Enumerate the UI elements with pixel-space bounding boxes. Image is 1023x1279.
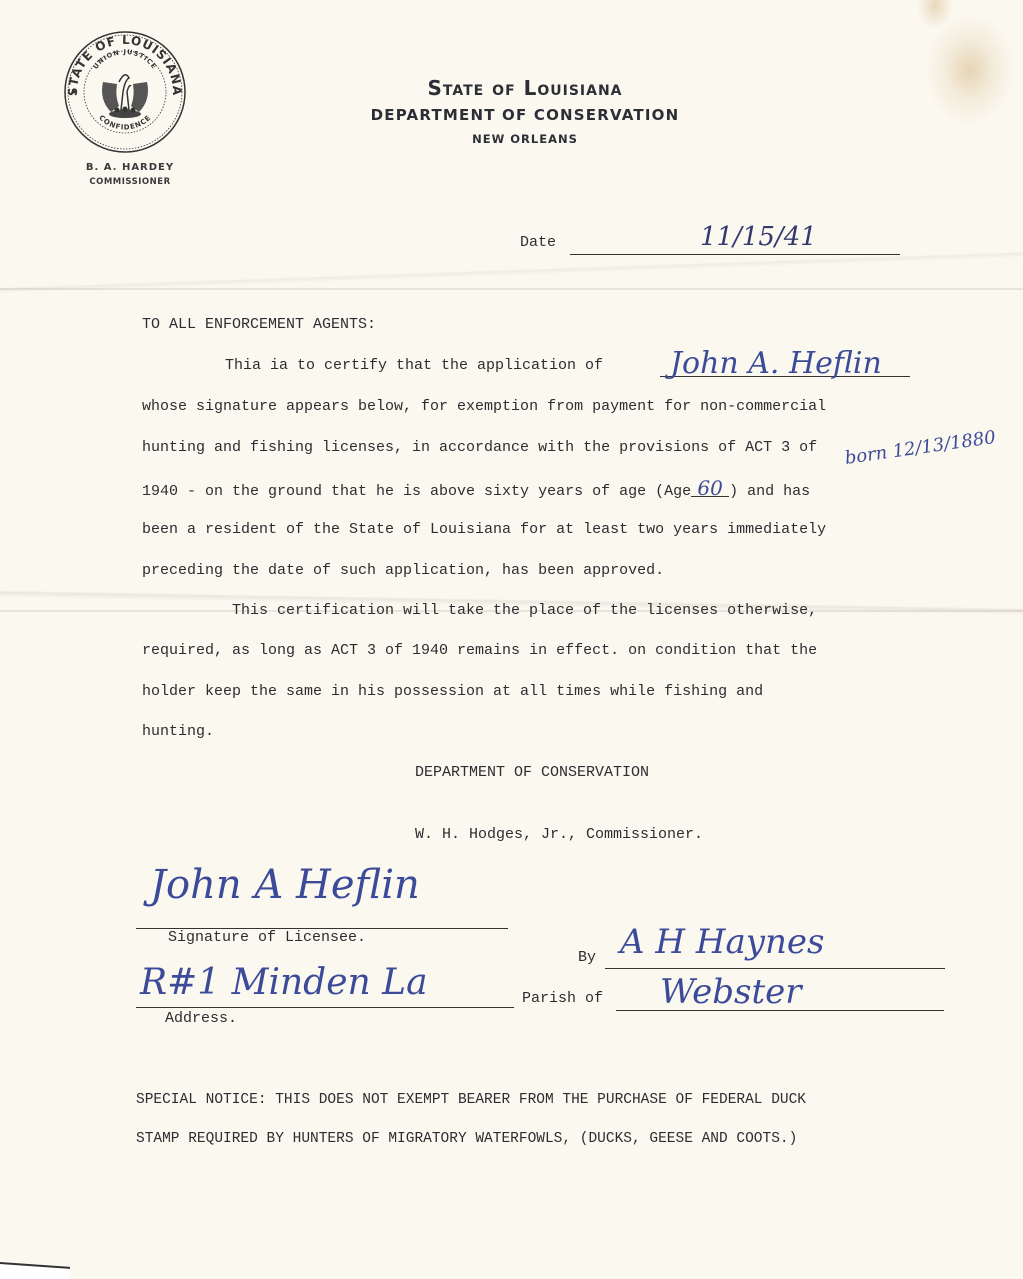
body-line-4-prefix: 1940 - on the ground that he is above si… — [142, 483, 691, 500]
body-line-2: whose signature appears below, for exemp… — [142, 398, 826, 415]
date-value[interactable]: 11/15/41 — [700, 222, 817, 252]
body-line-5: been a resident of the State of Louisian… — [142, 521, 826, 538]
para2-line-3: holder keep the same in his possession a… — [142, 683, 763, 700]
paper-background — [0, 0, 1023, 1279]
commissioner-title: COMMISSIONER — [70, 177, 190, 187]
special-notice-line-1: SPECIAL NOTICE: THIS DOES NOT EXEMPT BEA… — [136, 1092, 806, 1108]
age-value[interactable]: 60 — [691, 480, 729, 497]
date-label: Date — [520, 234, 556, 251]
applicant-name-handwritten[interactable]: John A. Heflin — [670, 346, 882, 381]
address-label: Address. — [165, 1010, 237, 1027]
date-line — [570, 254, 900, 255]
body-line-3: hunting and fishing licenses, in accorda… — [142, 439, 817, 456]
paper-fold — [0, 288, 1023, 290]
issuer-department: DEPARTMENT OF CONSERVATION — [415, 764, 649, 781]
louisiana-state-seal: STATE OF LOUISIANA UNION JUSTICE CONFIDE… — [63, 30, 187, 154]
para2-line-4: hunting. — [142, 723, 214, 740]
special-notice-line-2: STAMP REQUIRED BY HUNTERS OF MIGRATORY W… — [136, 1131, 797, 1147]
parish-value[interactable]: Webster — [660, 972, 802, 1012]
parish-line — [616, 1010, 944, 1011]
by-line — [605, 968, 945, 969]
body-line-6: preceding the date of such application, … — [142, 562, 664, 579]
letterhead-department: DEPARTMENT OF CONSERVATION — [340, 106, 710, 124]
body-line-4-suffix: ) and has — [729, 483, 810, 500]
svg-text:STATE OF LOUISIANA: STATE OF LOUISIANA — [66, 33, 184, 96]
by-label: By — [578, 949, 596, 966]
para2-line-1: This certification will take the place o… — [232, 602, 817, 619]
body-line-4: 1940 - on the ground that he is above si… — [142, 480, 810, 500]
issuer-commissioner: W. H. Hodges, Jr., Commissioner. — [415, 826, 703, 843]
letterhead-state: State of Louisiana — [340, 76, 710, 100]
parish-label: Parish of — [522, 990, 603, 1007]
address-value[interactable]: R#1 Minden La — [140, 962, 428, 1003]
body-line-1: Thia ia to certify that the application … — [225, 357, 603, 374]
licensee-signature[interactable]: John A Heflin — [150, 862, 420, 908]
signature-label: Signature of Licensee. — [168, 929, 366, 946]
by-signature[interactable]: A H Haynes — [620, 922, 824, 962]
salutation: TO ALL ENFORCEMENT AGENTS: — [142, 316, 376, 333]
address-line — [136, 1007, 514, 1008]
commissioner-name: B. A. HARDEY — [80, 162, 180, 173]
pelican-seal-icon: STATE OF LOUISIANA UNION JUSTICE CONFIDE… — [63, 30, 187, 154]
letterhead-city: NEW ORLEANS — [340, 132, 710, 146]
para2-line-2: required, as long as ACT 3 of 1940 remai… — [142, 642, 817, 659]
